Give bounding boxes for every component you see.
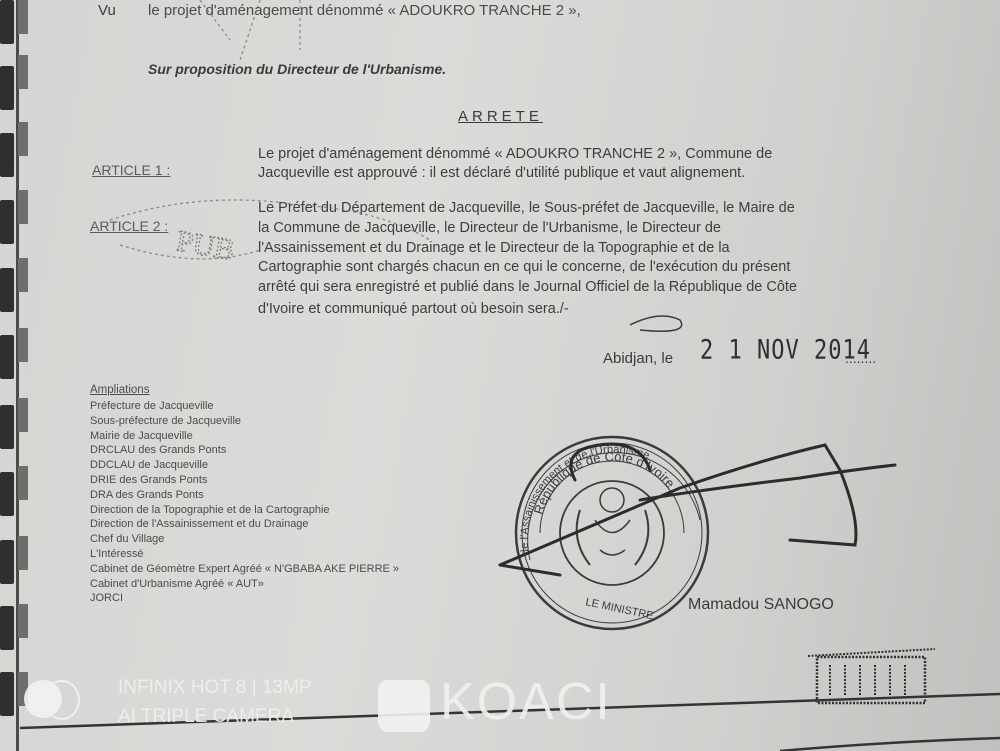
- koaci-logo-icon: [378, 680, 430, 732]
- stamps-and-signature: PUB République de Côte d'Ivoire de l'Ass…: [0, 0, 1000, 751]
- svg-text:PUB: PUB: [174, 224, 237, 267]
- camera-logo-icon: [24, 680, 84, 720]
- watermark-camera: AI TRIPLE CAMERA: [118, 706, 294, 728]
- small-rubber-stamp: [808, 649, 935, 703]
- svg-text:LE MINISTRE: LE MINISTRE: [584, 596, 654, 622]
- watermark-phone-model: INFINIX HOT 8 | 13MP: [118, 677, 312, 699]
- faded-rubber-stamp: PUB: [110, 0, 430, 267]
- watermark-brand: KOACI: [440, 672, 612, 732]
- ministry-seal-icon: République de Côte d'Ivoire de l'Assaini…: [516, 437, 708, 629]
